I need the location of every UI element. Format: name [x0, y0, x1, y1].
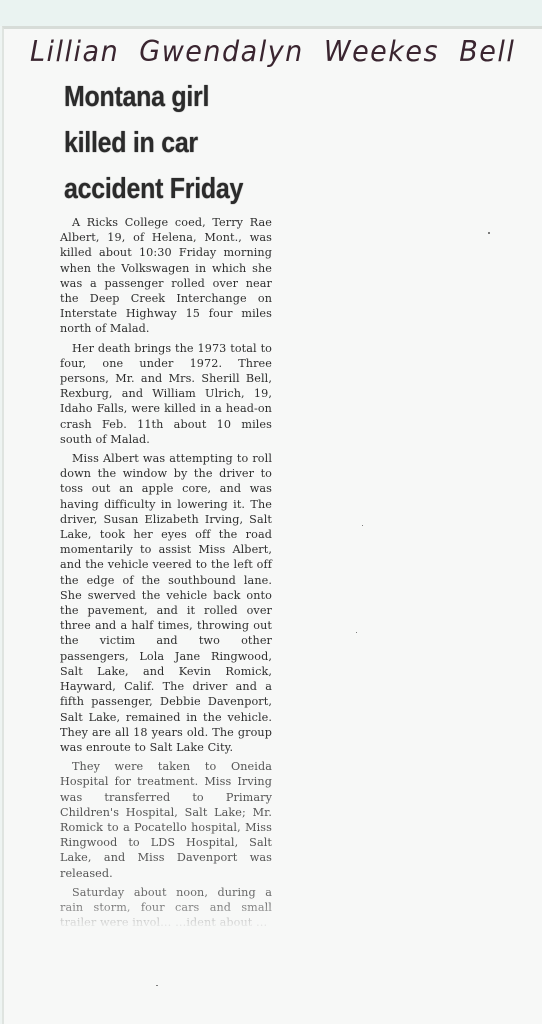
headline-line-2: killed in car — [64, 120, 262, 166]
handwritten-name-annotation: Lillian Gwendalyn Weekes Bell — [30, 36, 530, 69]
paper-speck — [488, 232, 490, 234]
paper-speck — [362, 525, 363, 526]
headline-line-1: Montana girl — [64, 74, 262, 120]
article-body: A Ricks College coed, Terry Rae Albert, … — [60, 215, 272, 934]
headline-line-3: accident Friday — [64, 166, 262, 212]
scan-background-strip — [0, 0, 542, 26]
paper-speck — [156, 985, 158, 986]
article-paragraph: They were taken to Oneida Hospital for t… — [60, 759, 272, 881]
article-paragraph: Her death brings the 1973 total to four,… — [60, 341, 272, 447]
article-paragraph-torn: Saturday about noon, during a rain storm… — [60, 885, 272, 931]
article-paragraph: A Ricks College coed, Terry Rae Albert, … — [60, 215, 272, 337]
article-paragraph: Miss Albert was attempting to roll down … — [60, 451, 272, 755]
paper-speck — [356, 632, 357, 633]
article-headline: Montana girl killed in car accident Frid… — [64, 74, 262, 212]
